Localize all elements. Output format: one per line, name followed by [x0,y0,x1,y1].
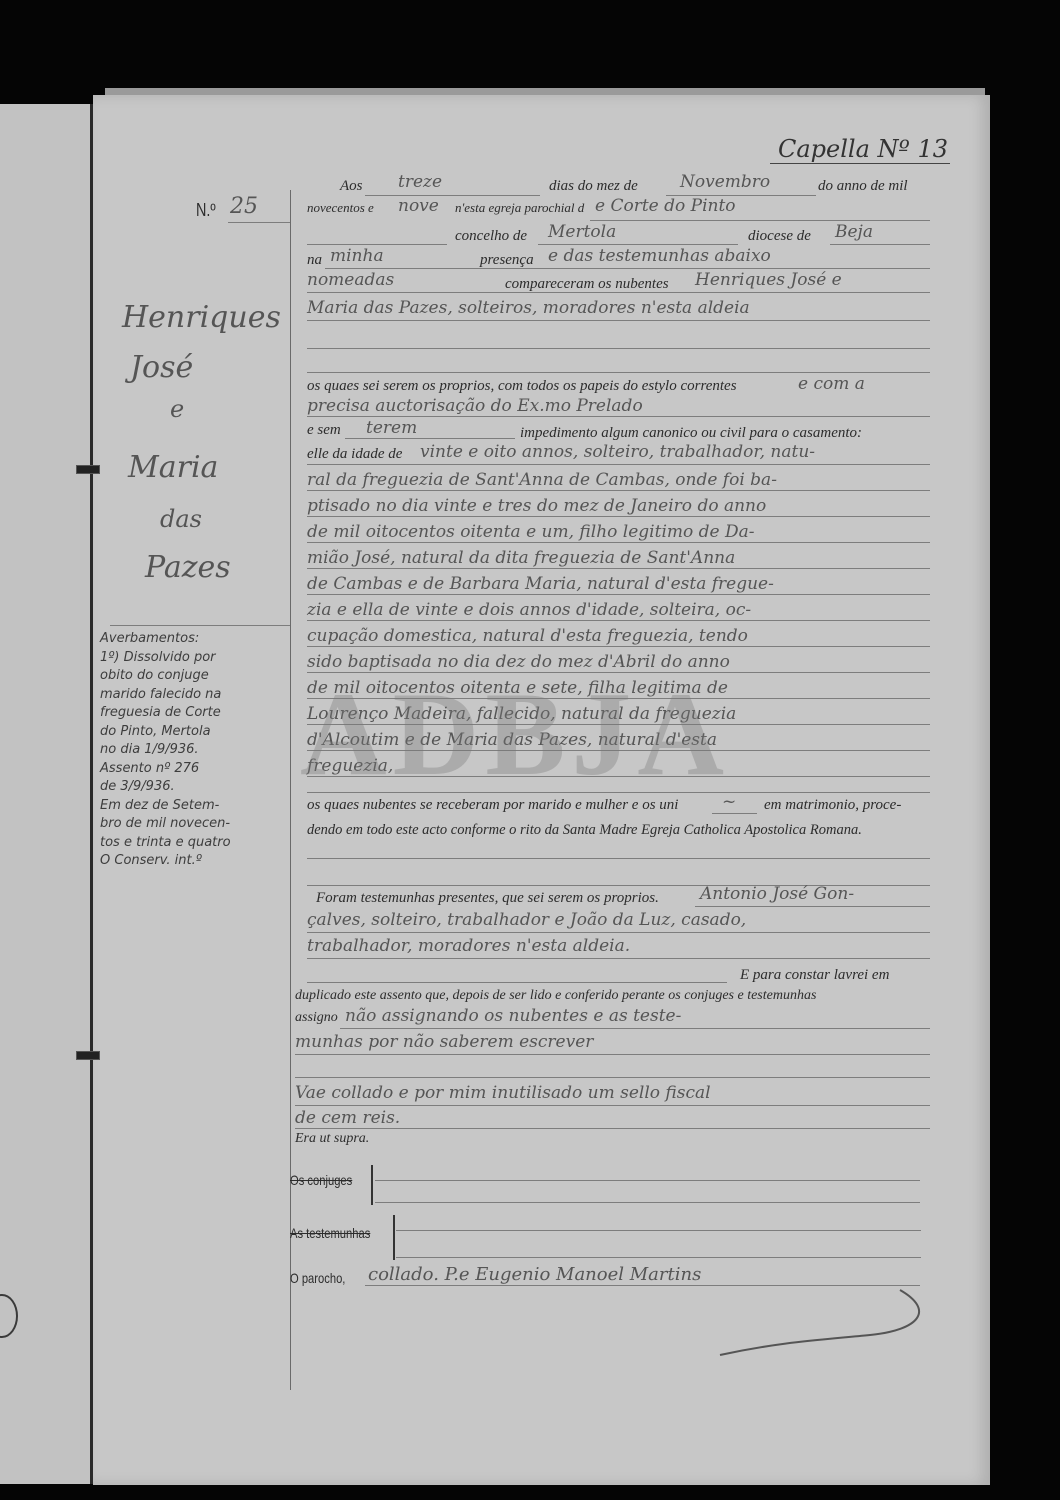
text: elle da idade de [307,446,402,463]
parocho-signature: collado. P.e Eugenio Manoel Martins [368,1264,701,1285]
handwriting: munhas por não saberem escrever [295,1032,593,1052]
margin-rule [290,190,291,1390]
handwriting: Antonio José Gon- [700,884,854,904]
text: diocese de [748,228,811,245]
text: novecentos e [307,200,374,216]
text: concelho de [455,228,527,245]
handwriting: Beja [835,222,873,242]
text: duplicado este assento que, depois de se… [295,988,816,1004]
margin-annotation: Averbamentos:1º) Dissolvido porobito do … [100,630,285,871]
text: dias do mez de [549,178,638,195]
text: compareceram os nubentes [505,276,669,293]
handwriting: precisa auctorisação do Ex.mo Prelado [307,396,643,416]
handwriting: Vae collado e por mim inutilisado um sel… [295,1083,711,1103]
text: os quaes sei serem os proprios, com todo… [307,378,737,395]
handwriting: de Cambas e de Barbara Maria, natural d'… [307,574,774,594]
page-header: Capella Nº 13 [778,135,948,163]
text: em matrimonio, proce- [764,797,901,814]
margin-name-2: José [130,350,193,385]
text: do anno de mil [818,178,908,195]
handwriting: e das testemunhas abaixo [548,246,771,266]
text: e sem [307,422,341,439]
handwriting: e com a [798,374,865,394]
handwriting: zia e ella de vinte e dois annos d'idade… [307,600,751,620]
handwriting: ~ [722,792,736,812]
handwriting: não assignando os nubentes e as teste- [345,1006,681,1026]
text: assigno [295,1010,338,1026]
handwriting: nomeadas [307,270,394,290]
facing-page [0,104,92,1484]
handwriting: vinte e oito annos, solteiro, trabalhado… [420,442,815,462]
handwriting: nove [398,196,439,216]
text: os quaes nubentes se receberam por marid… [307,797,678,814]
handwriting: de mil oitocentos oitenta e um, filho le… [307,522,755,542]
text: presença [480,252,534,269]
text: n'esta egreja parochial d [455,200,584,216]
text: Era ut supra. [295,1131,369,1147]
handwriting: Mertola [548,222,616,242]
text: na [307,252,322,269]
archive-watermark: ADBJA [300,665,730,803]
handwriting: cupação domestica, natural d'esta fregue… [307,626,748,646]
handwriting: mião José, natural da dita freguezia de … [307,548,735,568]
page-curl [0,1294,18,1338]
binding-clip [76,1051,100,1060]
signature-label-parocho: O parocho, [290,1270,345,1286]
margin-name-4: Maria [128,450,218,485]
margin-name-6: Pazes [145,550,231,585]
handwriting: çalves, solteiro, trabalhador e João da … [307,910,746,930]
text: dendo em todo este acto conforme o rito … [307,822,862,839]
text: E para constar lavrei em [740,967,889,984]
handwriting: terem [366,418,417,438]
text: Foram testemunhas presentes, que sei ser… [316,890,659,907]
text: impedimento algum canonico ou civil para… [520,425,862,442]
signature-label-testemunhas: As testemunhas [290,1225,370,1241]
signature-flourish [700,1280,930,1360]
handwriting: Novembro [680,172,770,192]
signature-label-conjuges: Os conjuges [290,1172,352,1188]
handwriting: treze [398,172,442,192]
handwriting: Henriques José e [695,270,842,290]
handwriting: ptisado no dia vinte e tres do mez de Ja… [307,496,766,516]
handwriting: minha [330,246,384,266]
handwriting: ral da freguezia de Sant'Anna de Cambas,… [307,470,777,490]
margin-name-3: e [170,395,184,423]
margin-name-1: Henriques [122,300,281,335]
text: Aos [340,178,363,195]
binding-clip [76,465,100,474]
record-number: 25 [230,194,258,219]
handwriting: trabalhador, moradores n'esta aldeia. [307,936,630,956]
handwriting: de cem reis. [295,1108,400,1128]
record-number-label: N.º [196,200,216,221]
margin-name-5: das [160,505,202,533]
handwriting: e Corte do Pinto [595,196,736,216]
handwriting: Maria das Pazes, solteiros, moradores n'… [307,298,750,318]
